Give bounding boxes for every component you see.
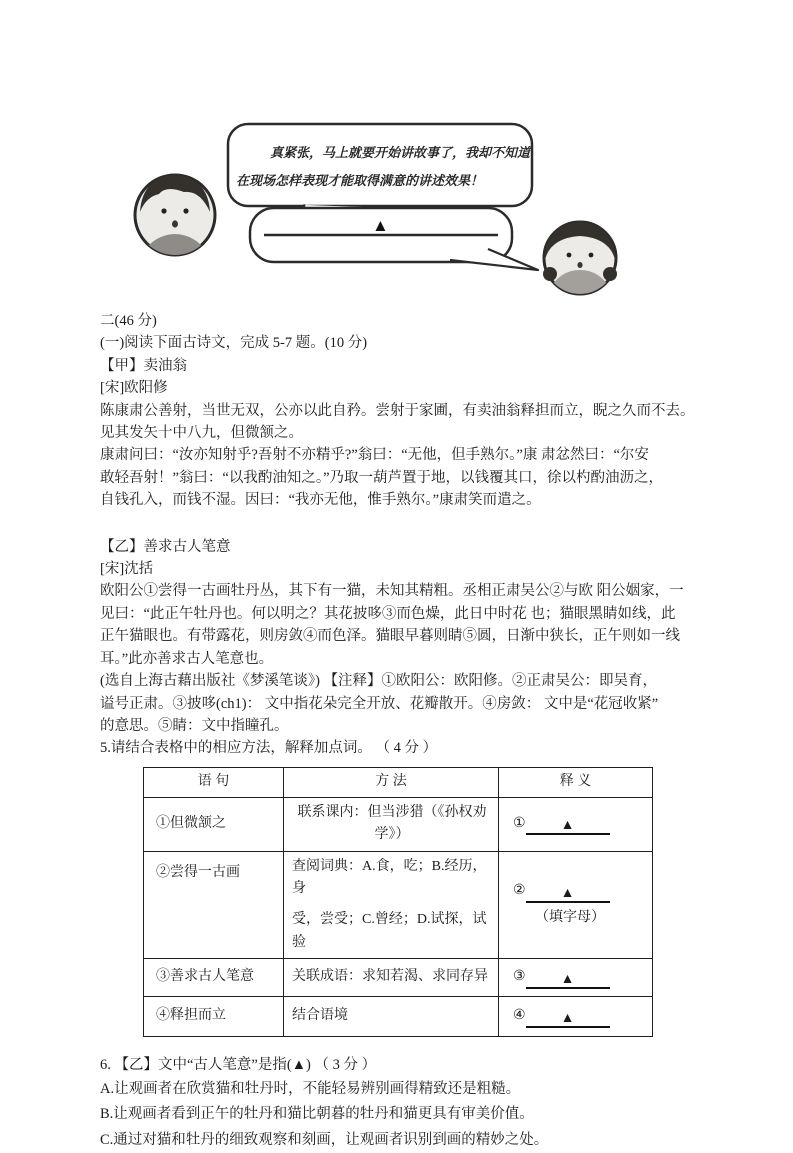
- passage-yi-line: 耳。”此亦善求古人笔意也。: [100, 648, 708, 670]
- exam-page: 真紧张，马上就要开始讲故事了，我却不知道 在现场怎样表现才能取得满意的讲述效果！…: [0, 0, 793, 1153]
- passage-yi-title: 【乙】善求古人笔意: [100, 536, 708, 558]
- passage-yi-author: [宋]沈括: [100, 558, 708, 580]
- passage-jia-line: 见其发矢十中八九，但微颔之。: [100, 422, 708, 444]
- passage-jia-line: 陈康肃公善射，当世无双，公亦以此自矜。尝射于家圃，有卖油翁释担而立，睨之久而不去…: [100, 400, 708, 422]
- answer-cell: ①▲: [499, 797, 653, 851]
- passage-yi-line: 正午猫眼也。有带露花，则房敛④而色泽。猫眼早暮则睛⑤圆，日渐中狭长，正午则如一线: [100, 625, 708, 647]
- answer-cell: ②▲ （填字母）: [499, 851, 653, 959]
- blank-triangle-marker: ▲: [372, 216, 389, 235]
- passage-jia-title: 【甲】卖油翁: [100, 355, 708, 377]
- method-cell: 关联成语：求知若渴、求同存异: [284, 959, 499, 997]
- table-row: ②尝得一古画 查阅词典：A.食，吃；B.经历，身 受，尝受；C.曾经；D.试探，…: [144, 851, 653, 959]
- comic-svg: 真紧张，马上就要开始讲故事了，我却不知道 在现场怎样表现才能取得满意的讲述效果！…: [120, 112, 680, 304]
- phrase-cell: ①但微颔之: [144, 797, 284, 851]
- speech-bubble-answer: ▲: [250, 208, 538, 270]
- bubble-text-line1: 真紧张，马上就要开始讲故事了，我却不知道: [270, 145, 532, 160]
- table-row: ①但微颔之 联系课内：但当涉猎（《孙权劝学》） ①▲: [144, 797, 653, 851]
- part-heading: 二(46 分): [100, 310, 708, 332]
- table-row: ④释担而立 结合语境 ④▲: [144, 997, 653, 1037]
- col-header-meaning: 释 义: [499, 767, 653, 797]
- col-header-method: 方 法: [284, 767, 499, 797]
- method-line: 受，尝受；C.曾经；D.试探，试验: [292, 909, 492, 954]
- passage-yi-line: 见曰：“此正午牡丹也。何以明之？其花披哆③而色燥，此日中时花 也；猫眼黑睛如线，…: [100, 603, 708, 625]
- answer-note: （填字母）: [535, 907, 646, 929]
- answer-blank: ▲: [526, 886, 610, 903]
- passage-jia-line: 自钱孔入，而钱不湿。因曰：“我亦无他，惟手熟尔。”康肃笑而遣之。: [100, 489, 708, 511]
- passage-yi-line: 欧阳公①尝得一古画牡丹丛，其下有一猫，未知其精粗。丞相正肃吴公②与欧 阳公姻家，…: [100, 580, 708, 602]
- phrase-cell: ③善求古人笔意: [144, 959, 284, 997]
- passage-jia-author: [宋]欧阳修: [100, 377, 708, 399]
- method-line: 查阅词典：A.食，吃；B.经历，身: [292, 856, 492, 901]
- col-header-phrase: 语 句: [144, 767, 284, 797]
- phrase-cell: ④释担而立: [144, 997, 284, 1037]
- question6-option-c: C.通过对猫和牡丹的细致观察和刻画，让观画者识别到画的精妙之处。: [100, 1128, 708, 1153]
- question6-option-a: A.让观画者在欣赏猫和牡丹时，不能轻易辨别画得精致还是粗糙。: [100, 1077, 708, 1103]
- table-header-row: 语 句 方 法 释 义: [144, 767, 653, 797]
- answer-blank: ▲: [526, 1011, 610, 1028]
- answer-label: ④: [513, 1005, 526, 1027]
- passage-yi-notes: 的意思。⑤睛：文中指瞳孔。: [100, 715, 708, 737]
- q5-method-table: 语 句 方 法 释 义 ①但微颔之 联系课内：但当涉猎（《孙权劝学》） ①▲ ②…: [143, 767, 653, 1037]
- girl-avatar: [543, 222, 617, 294]
- answer-cell: ③▲: [499, 959, 653, 997]
- answer-blank: ▲: [526, 972, 610, 989]
- answer-cell: ④▲: [499, 997, 653, 1037]
- method-cell: 联系课内：但当涉猎（《孙权劝学》）: [284, 797, 499, 851]
- comic-illustration: 真紧张，马上就要开始讲故事了，我却不知道 在现场怎样表现才能取得满意的讲述效果！…: [120, 112, 680, 304]
- answer-label: ②: [513, 880, 526, 902]
- passage-jia-line: 敢轻吾射！”翁曰：“以我酌油知之。”乃取一葫芦置于地，以钱覆其口，徐以杓酌油沥之…: [100, 467, 708, 489]
- question6-prompt: 6. 【乙】文中“古人笔意”是指(▲) （ 3 分 ）: [100, 1054, 708, 1076]
- phrase-cell: ②尝得一古画: [144, 851, 284, 959]
- boy-avatar: [135, 174, 215, 258]
- method-cell: 查阅词典：A.食，吃；B.经历，身 受，尝受；C.曾经；D.试探，试验: [284, 851, 499, 959]
- passage-yi-notes: 谥号正肃。③披哆(ch1)： 文中指花朵完全开放、花瓣散开。④房敛： 文中是“花…: [100, 693, 708, 715]
- method-cell: 结合语境: [284, 997, 499, 1037]
- answer-label: ③: [513, 966, 526, 988]
- passage-jia-line: 康肃问曰：“汝亦知射乎?吾射不亦精乎?”翁曰：“无他，但手熟尔。”康 肃忿然曰：…: [100, 444, 708, 466]
- exam-content: 二(46 分) (一)阅读下面古诗文，完成 5-7 题。(10 分) 【甲】卖油…: [100, 310, 708, 1153]
- bubble-text-line2: 在现场怎样表现才能取得满意的讲述效果！: [236, 173, 483, 188]
- passage-yi-notes: (选自上海古藉出版社《梦溪笔谈》) 【注释】①欧阳公：欧阳修。②正肃吴公：即吴育…: [100, 670, 708, 692]
- question5-prompt: 5.请结合表格中的相应方法，解释加点词。 （ 4 分 ）: [100, 737, 708, 759]
- answer-blank: ▲: [526, 818, 610, 835]
- answer-label: ①: [513, 813, 526, 835]
- section-instructions: (一)阅读下面古诗文，完成 5-7 题。(10 分): [100, 332, 708, 354]
- table-row: ③善求古人笔意 关联成语：求知若渴、求同存异 ③▲: [144, 959, 653, 997]
- question6-option-b: B.让观画者看到正午的牡丹和猫比朝暮的牡丹和猫更具有审美价值。: [100, 1102, 708, 1128]
